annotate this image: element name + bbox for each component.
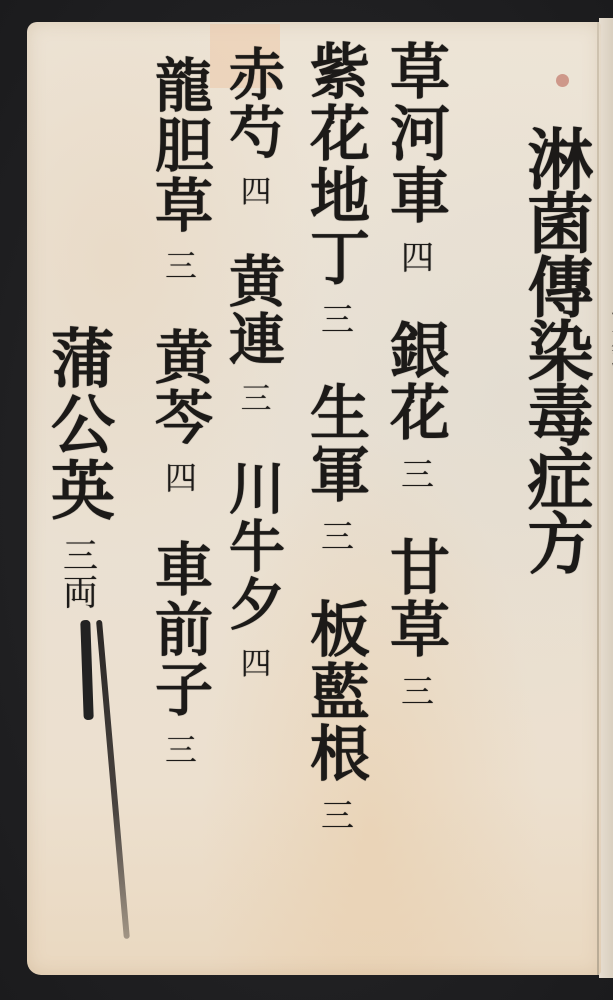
prescription-column-4: 龍胆草三黄芩四車前子三 bbox=[150, 55, 208, 781]
herb-quantity: 三両 bbox=[60, 537, 95, 611]
herb-quantity: 三 bbox=[319, 302, 352, 337]
herb-quantity: 三 bbox=[399, 457, 432, 492]
page-fold-line bbox=[597, 22, 599, 975]
herb-quantity: 三 bbox=[319, 519, 352, 554]
herb-name: 龍胆草 bbox=[150, 55, 208, 235]
red-seal-dot bbox=[556, 74, 569, 87]
herb-name: 車前子 bbox=[150, 539, 208, 719]
herb-name: 黄芩 bbox=[150, 327, 208, 447]
adjacent-page-text: 紫銀 bbox=[600, 300, 613, 368]
herb-quantity: 三 bbox=[162, 249, 194, 283]
herb-name: 板藍根 bbox=[305, 598, 365, 784]
herb-quantity: 四 bbox=[237, 175, 268, 208]
herb-name: 蒲公英 bbox=[45, 325, 109, 523]
herb-name: 黄連 bbox=[225, 252, 281, 368]
herb-name: 甘草 bbox=[385, 536, 445, 660]
herb-quantity: 三 bbox=[162, 733, 194, 767]
herb-quantity: 三 bbox=[399, 674, 432, 709]
herb-quantity: 四 bbox=[162, 461, 194, 495]
herb-name: 赤芍 bbox=[225, 45, 281, 161]
herb-quantity: 三 bbox=[237, 382, 268, 415]
herb-name: 川牛夕 bbox=[225, 459, 281, 633]
herb-quantity: 三 bbox=[319, 798, 352, 833]
herb-quantity: 四 bbox=[399, 240, 432, 275]
herb-name: 紫花地丁 bbox=[305, 40, 365, 288]
prescription-column-1: 草河車四銀花三甘草三 bbox=[385, 40, 445, 723]
herb-name: 草河車 bbox=[385, 40, 445, 226]
prescription-column-3: 赤芍四黄連三川牛夕四 bbox=[225, 45, 281, 693]
adjacent-page-edge bbox=[599, 18, 613, 978]
prescription-column-2: 紫花地丁三生軍三板藍根三 bbox=[305, 40, 365, 847]
herb-quantity: 四 bbox=[237, 647, 268, 680]
herb-name: 銀花 bbox=[385, 319, 445, 443]
herb-name: 生軍 bbox=[305, 381, 365, 505]
prescription-column-5: 蒲公英三両 bbox=[45, 325, 109, 625]
prescription-title: 淋菌傳染毒症方 bbox=[522, 125, 588, 573]
